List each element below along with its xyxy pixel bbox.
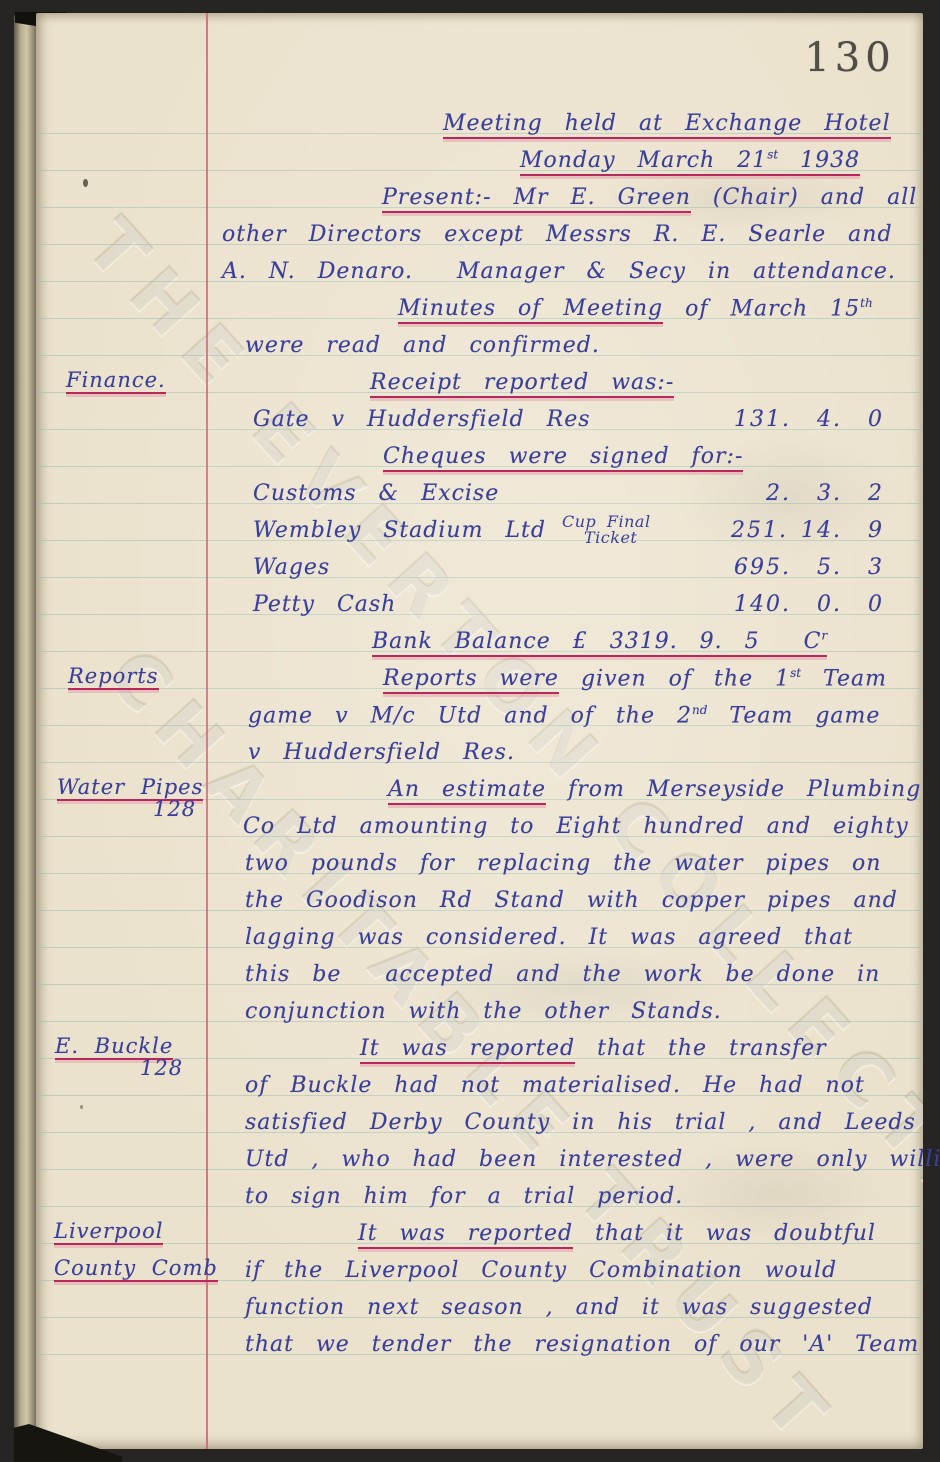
amount: 131. 4. 0 — [640, 409, 884, 431]
minute-row: Cheques were signed for:- — [0, 436, 940, 470]
minute-row: function next season , and it was sugges… — [0, 1287, 940, 1321]
minute-text: Meeting held at Exchange Hotel — [443, 113, 891, 135]
minute-text: the Goodison Rd Stand with copper pipes … — [245, 890, 898, 912]
minute-row: ReportsReports were given of the 1st Tea… — [0, 658, 940, 692]
minute-text: A. N. Denaro. Manager & Secy in attendan… — [222, 261, 896, 283]
minute-rows: Meeting held at Exchange HotelMonday Mar… — [0, 0, 940, 1462]
minute-text: other Directors except Messrs R. E. Sear… — [222, 224, 893, 246]
minute-text: of Buckle had not materialised. He had n… — [245, 1075, 865, 1097]
minute-row: other Directors except Messrs R. E. Sear… — [0, 214, 940, 248]
margin-note: 128 — [153, 799, 196, 820]
amount: 140. 0. 0 — [640, 594, 884, 616]
minute-text: lagging was considered. It was agreed th… — [245, 927, 853, 949]
minute-text: to sign him for a trial period. — [245, 1186, 683, 1208]
minute-row: Gate v Huddersfield Res131. 4. 0 — [0, 399, 940, 433]
minute-row: were read and confirmed. — [0, 325, 940, 359]
minute-row: Utd , who had been interested , were onl… — [0, 1139, 940, 1173]
minute-row: Cup FinalTicketWembley Stadium Ltd251. 1… — [0, 510, 940, 544]
minute-row: Wages695. 5. 3 — [0, 547, 940, 581]
minute-row: Finance.Receipt reported was:- — [0, 362, 940, 396]
minute-row: LiverpoolIt was reported that it was dou… — [0, 1213, 940, 1247]
minute-row: 128Co Ltd amounting to Eight hundred and… — [0, 806, 940, 840]
minute-text: Utd , who had been interested , were onl… — [245, 1149, 940, 1171]
minute-text: that we tender the resignation of our 'A… — [245, 1334, 919, 1356]
minute-row: Present:- Mr E. Green (Chair) and all — [0, 177, 940, 211]
margin-note: County Comb — [54, 1258, 218, 1282]
minute-row: v Huddersfield Res. — [0, 732, 940, 766]
minute-row: to sign him for a trial period. — [0, 1176, 940, 1210]
minute-text: Receipt reported was:- — [370, 372, 674, 394]
minute-row: Minutes of Meeting of March 15th — [0, 288, 940, 322]
minute-text: Bank Balance £ 3319. 9. 5 Cr — [372, 630, 827, 653]
minute-row: that we tender the resignation of our 'A… — [0, 1324, 940, 1358]
amount: 2. 3. 2 — [640, 483, 884, 505]
minute-text: Petty Cash — [253, 594, 396, 616]
minute-row: Monday March 21st 1938 — [0, 140, 940, 174]
minute-row: two pounds for replacing the water pipes… — [0, 843, 940, 877]
minute-row: 128of Buckle had not materialised. He ha… — [0, 1065, 940, 1099]
minute-row: lagging was considered. It was agreed th… — [0, 917, 940, 951]
minute-text: An estimate from Merseyside Plumbing — [388, 779, 921, 801]
minute-text: this be accepted and the work be done in — [245, 964, 880, 986]
minute-text: Customs & Excise — [253, 483, 499, 505]
minute-text: conjunction with the other Stands. — [245, 1001, 722, 1023]
minute-row: the Goodison Rd Stand with copper pipes … — [0, 880, 940, 914]
minute-row: Meeting held at Exchange Hotel — [0, 103, 940, 137]
minute-row: conjunction with the other Stands. — [0, 991, 940, 1025]
amount: 695. 5. 3 — [640, 557, 884, 579]
minute-row: satisfied Derby County in his trial , an… — [0, 1102, 940, 1136]
minute-text: Co Ltd amounting to Eight hundred and ei… — [243, 816, 909, 838]
margin-note: Finance. — [66, 370, 166, 394]
minute-text: were read and confirmed. — [245, 335, 600, 357]
minute-text: v Huddersfield Res. — [248, 742, 515, 764]
minute-text: Wages — [253, 557, 330, 579]
minute-row: game v M/c Utd and of the 2nd Team game — [0, 695, 940, 729]
minute-row: Petty Cash140. 0. 0 — [0, 584, 940, 618]
minute-row: Customs & Excise2. 3. 2 — [0, 473, 940, 507]
minute-text: Minutes of Meeting of March 15th — [398, 297, 873, 320]
minute-text: two pounds for replacing the water pipes… — [245, 853, 881, 875]
minute-row: Water PipesAn estimate from Merseyside P… — [0, 769, 940, 803]
scanned-minute-book-page: THE EVERTON COLLECTION CHARITABLE TRUST … — [0, 0, 940, 1462]
inline-annotation: Cup FinalTicket — [562, 514, 651, 546]
minute-row: this be accepted and the work be done in — [0, 954, 940, 988]
minute-row: A. N. Denaro. Manager & Secy in attendan… — [0, 251, 940, 285]
amount: 251. 14. 9 — [640, 520, 884, 542]
minute-text: game v M/c Utd and of the 2nd Team game — [248, 704, 880, 727]
minute-text: Wembley Stadium Ltd — [253, 520, 546, 542]
minute-text: function next season , and it was sugges… — [245, 1297, 873, 1319]
minute-row: Bank Balance £ 3319. 9. 5 Cr — [0, 621, 940, 655]
minute-text: Gate v Huddersfield Res — [253, 409, 591, 431]
minute-text: Cheques were signed for:- — [383, 446, 743, 468]
minute-row: County Combif the Liverpool County Combi… — [0, 1250, 940, 1284]
margin-note: 128 — [140, 1058, 183, 1079]
minute-text: satisfied Derby County in his trial , an… — [245, 1112, 916, 1134]
margin-note: Liverpool — [54, 1221, 163, 1245]
minute-text: Present:- Mr E. Green (Chair) and all — [382, 187, 917, 209]
minute-text: It was reported that the transfer — [360, 1038, 827, 1060]
margin-note: Reports — [68, 666, 159, 690]
minute-text: Reports were given of the 1st Team — [383, 667, 887, 690]
minute-text: It was reported that it was doubtful — [358, 1223, 876, 1245]
minute-text: if the Liverpool County Combination woul… — [245, 1260, 837, 1282]
minute-text: Monday March 21st 1938 — [520, 149, 860, 172]
